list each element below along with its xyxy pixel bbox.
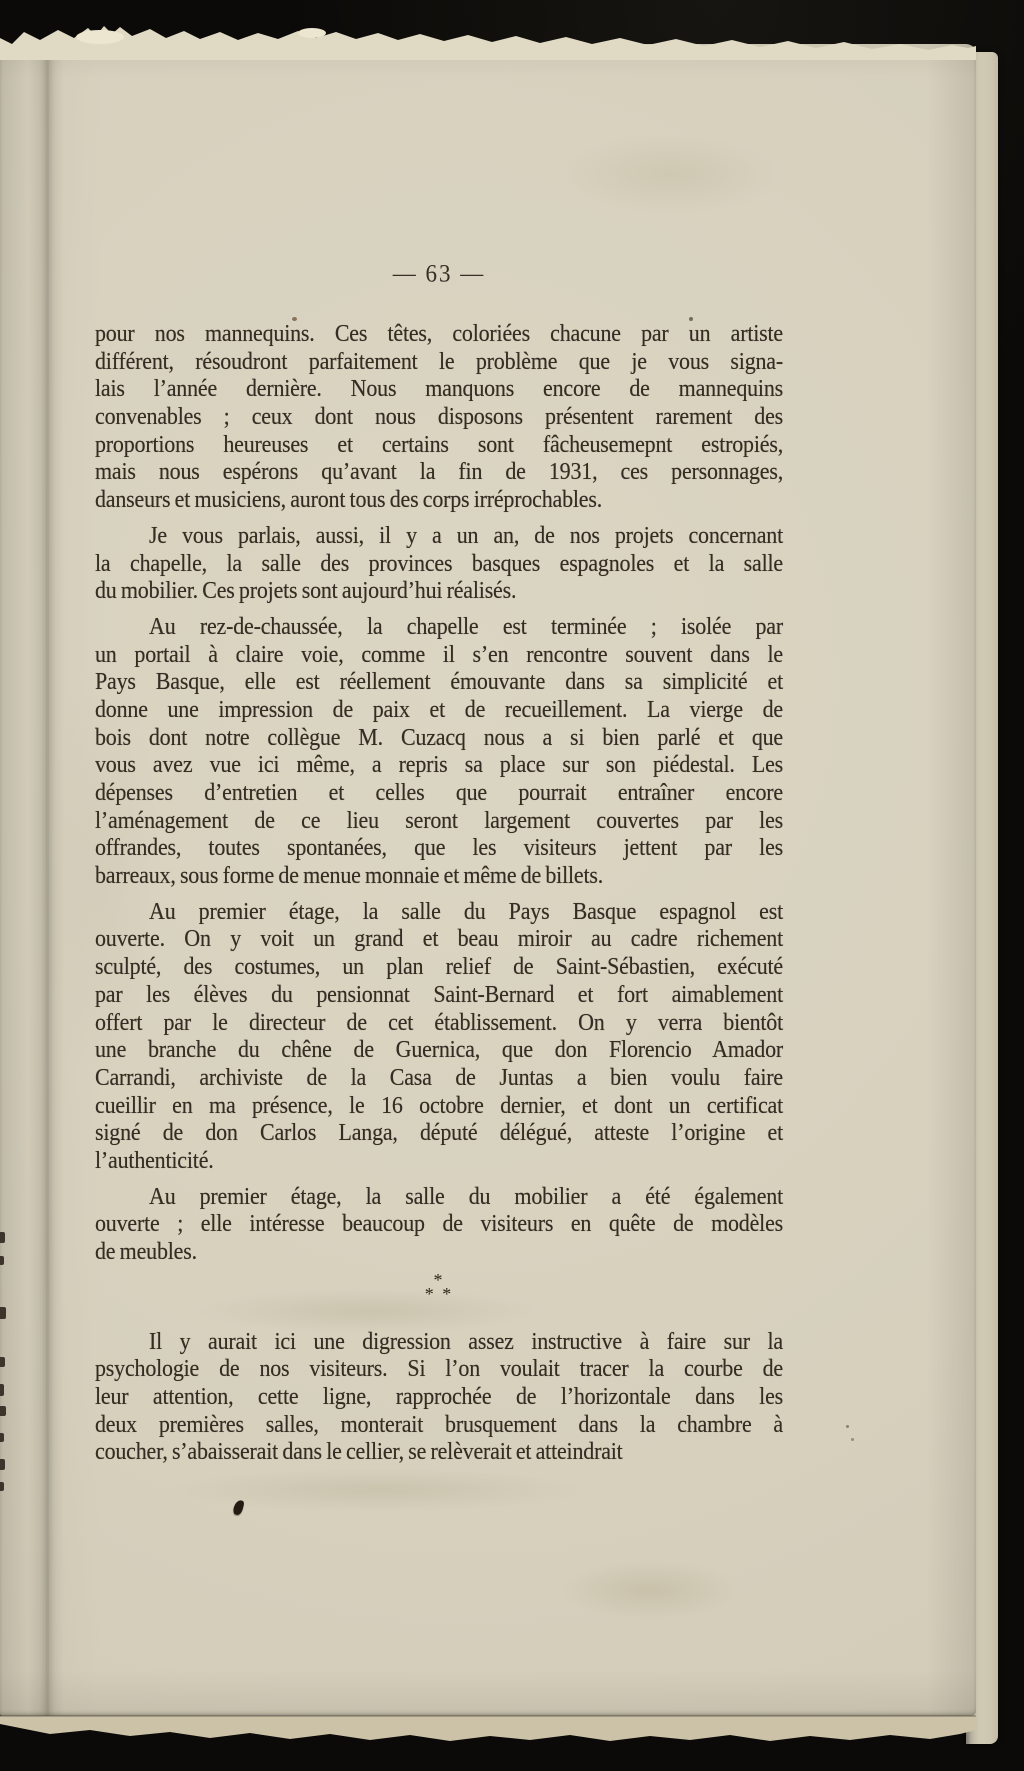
margin-print-fragment bbox=[0, 1406, 6, 1416]
paragraph: pour nos mannequins. Ces têtes, coloriée… bbox=[95, 320, 783, 514]
margin-print-fragment bbox=[0, 1232, 5, 1243]
text-line: bois dont notre collègue M. Cuzacq nous … bbox=[95, 721, 783, 752]
paragraph: Au rez-de-chaussée, la chapelle est term… bbox=[95, 613, 783, 890]
scan-background: — 63 — pour nos mannequins. Ces têtes, c… bbox=[0, 0, 1024, 1771]
margin-print-fragment bbox=[0, 1384, 4, 1396]
margin-print-fragment bbox=[0, 1307, 6, 1319]
text-line: Au premier étage, la salle du mobilier a… bbox=[95, 1180, 783, 1211]
paragraph: Au premier étage, la salle du Pays Basqu… bbox=[95, 898, 783, 1175]
text-line: signé de don Carlos Langa, député délégu… bbox=[95, 1117, 783, 1148]
text-line: lais l’année dernière. Nous manquons enc… bbox=[95, 373, 783, 404]
text-line: convenables ; ceux dont nous disposons p… bbox=[95, 401, 783, 432]
text-line: Pays Basque, elle est réellement émouvan… bbox=[95, 666, 783, 697]
text-line: une branche du chêne de Guernica, que do… bbox=[95, 1034, 783, 1065]
text-line: un portail à claire voie, comme il s’en … bbox=[95, 638, 783, 669]
text-line: leur attention, cette ligne, rapprochée … bbox=[95, 1381, 783, 1412]
text-line: ouverte ; elle intéresse beaucoup de vis… bbox=[95, 1208, 783, 1239]
paper-stain bbox=[560, 134, 780, 214]
margin-print-fragment bbox=[0, 1256, 4, 1265]
text-line: danseurs et musiciens, auront tous des c… bbox=[95, 484, 783, 515]
text-line: pour nos mannequins. Ces têtes, coloriée… bbox=[95, 318, 783, 349]
text-line: vous avez vue ici même, a repris sa plac… bbox=[95, 749, 783, 780]
text-line: barreaux, sous forme de menue monnaie et… bbox=[95, 860, 783, 891]
margin-print-fragment bbox=[0, 1433, 4, 1442]
text-line: Je vous parlais, aussi, il y a un an, de… bbox=[95, 519, 783, 550]
dust-speck bbox=[851, 1438, 854, 1441]
dust-speck bbox=[846, 1425, 849, 1428]
separator-row: * * bbox=[95, 1288, 783, 1302]
text-line: mais nous espérons qu’avant la fin de 19… bbox=[95, 456, 783, 487]
text-line: la chapelle, la salle des provinces basq… bbox=[95, 547, 783, 578]
text-line: du mobilier. Ces projets sont aujourd’hu… bbox=[95, 575, 783, 606]
text-line: par les élèves du pensionnat Saint-Berna… bbox=[95, 978, 783, 1009]
gutter-crease bbox=[46, 44, 49, 1716]
torn-edge-bottom bbox=[0, 1706, 990, 1748]
text-line: offrandes, toutes spontanées, que les vi… bbox=[95, 832, 783, 863]
text-block: pour nos mannequins. Ces têtes, coloriée… bbox=[95, 320, 783, 1466]
text-line: cueillir en ma présence, le 16 octobre d… bbox=[95, 1089, 783, 1120]
torn-edge-top bbox=[0, 24, 976, 60]
text-line: sculpté, des costumes, un plan relief de… bbox=[95, 951, 783, 982]
dust-speck bbox=[689, 317, 693, 321]
margin-print-fragment bbox=[0, 1459, 5, 1470]
text-line: donne une impression de paix et de recue… bbox=[95, 694, 783, 725]
text-line: Carrandi, archiviste de la Casa de Junta… bbox=[95, 1061, 783, 1092]
text-line: de meubles. bbox=[95, 1236, 783, 1267]
paragraph: Je vous parlais, aussi, il y a un an, de… bbox=[95, 522, 783, 605]
dust-speck bbox=[292, 317, 297, 321]
text-line: l’authenticité. bbox=[95, 1145, 783, 1176]
paragraph: Au premier étage, la salle du mobilier a… bbox=[95, 1183, 783, 1266]
margin-print-fragment bbox=[0, 1482, 4, 1491]
margin-print-fragment bbox=[0, 1357, 5, 1367]
text-line: coucher, s’abaisserait dans le cellier, … bbox=[95, 1436, 783, 1467]
text-line: psychologie de nos visiteurs. Si l’on vo… bbox=[95, 1353, 783, 1384]
paragraph: Il y aurait ici une digression assez ins… bbox=[95, 1328, 783, 1466]
text-line: ouverte. On y voit un grand et beau miro… bbox=[95, 923, 783, 954]
page-number: — 63 — bbox=[95, 260, 783, 292]
section-separator: ** * bbox=[95, 1274, 783, 1302]
text-line: dépenses d’entretien et celles que pourr… bbox=[95, 777, 783, 808]
text-line: Au rez-de-chaussée, la chapelle est term… bbox=[95, 610, 783, 641]
text-line: offert par le directeur de cet établisse… bbox=[95, 1006, 783, 1037]
